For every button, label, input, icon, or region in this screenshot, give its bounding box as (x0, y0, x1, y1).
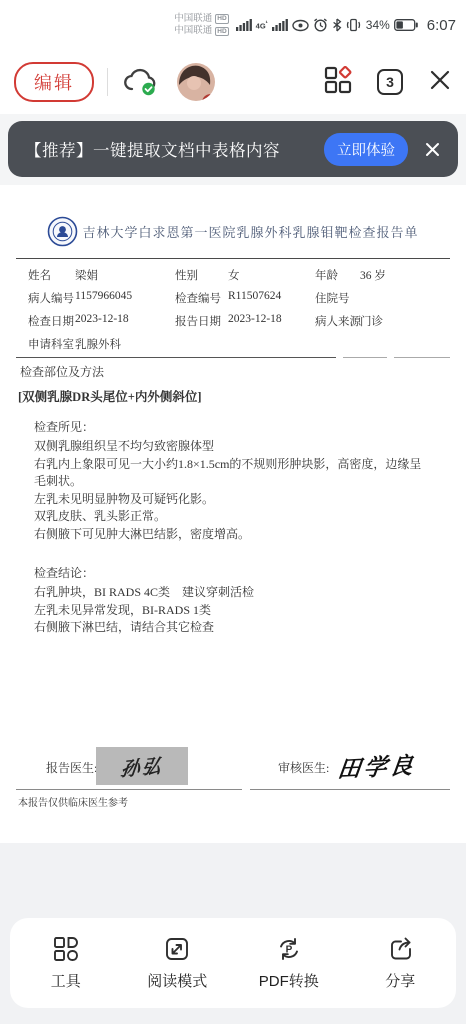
action-label: 阅读模式 (147, 970, 207, 991)
conclusion-line: 右侧腋下淋巴结，请结合其它检查 (34, 619, 432, 637)
review-doctor-label: 审核医生: (278, 759, 329, 776)
svg-text:P: P (285, 945, 292, 956)
avatar[interactable] (177, 63, 215, 101)
battery-percent: 34% (366, 18, 390, 32)
findings-label: 检查所见： (16, 418, 450, 435)
battery-icon (394, 19, 418, 31)
hd-badge-icon: HD (215, 14, 228, 24)
carrier-name-1: 中国联通 (174, 13, 212, 26)
app-grid-button[interactable] (324, 66, 352, 99)
tools-button[interactable]: 工具 (10, 935, 122, 991)
top-toolbar: 编辑 3 (0, 50, 466, 114)
exam-method: [双侧乳腺DR头尾位+内外侧斜位] (16, 387, 450, 405)
conclusion-line: 左乳未见异常发现，BI-RADS 1类 (34, 602, 432, 620)
section-method-label: 检查部位及方法 (16, 363, 450, 380)
divider (16, 789, 242, 790)
alarm-icon (313, 18, 328, 32)
report-doctor-signature: 孙弘 (96, 747, 188, 785)
tab-counter-button[interactable]: 3 (377, 69, 403, 95)
close-icon (424, 141, 441, 158)
pdf-convert-button[interactable]: P PDF转换 (233, 935, 345, 991)
exam-date: 2023-12-18 (75, 313, 129, 325)
report-document[interactable]: 吉林大学白求恩第一医院乳腺外科乳腺钼靶检查报告单 姓名 梁娟 性别 女 年龄 3… (0, 185, 466, 843)
info-label: 性别 (175, 267, 198, 283)
signal-bars-icon (236, 18, 252, 32)
divider (250, 789, 450, 790)
divider (16, 357, 450, 358)
promo-banner-zone: 【推荐】一键提取文档中表格内容 立即体验 (0, 114, 466, 185)
reading-mode-button[interactable]: 阅读模式 (122, 935, 234, 991)
close-document-button[interactable] (428, 68, 452, 97)
patient-name: 梁娟 (75, 267, 98, 283)
info-label: 申请科室 (28, 336, 74, 352)
info-label: 年龄 (315, 267, 338, 283)
carrier-name-2: 中国联通 (174, 25, 212, 38)
report-title: 吉林大学白求恩第一医院乳腺外科乳腺钼靶检查报告单 (82, 222, 418, 241)
promo-banner: 【推荐】一键提取文档中表格内容 立即体验 (8, 121, 458, 177)
patient-source: 门诊 (360, 313, 383, 329)
patient-sex: 女 (228, 267, 240, 283)
carrier-labels: 中国联通HD 中国联通HD (174, 13, 228, 38)
review-doctor-signature: 田学良 (336, 747, 418, 784)
report-footnote: 本报告仅供临床医生参考 (18, 794, 128, 809)
banner-close-button[interactable] (424, 141, 441, 158)
action-label: 分享 (385, 970, 415, 991)
conclusion-text: 右乳肿块，BI RADS 4C类 建议穿刺活检 左乳未见异常发现，BI-RADS… (34, 584, 432, 637)
info-label: 报告日期 (175, 313, 221, 329)
share-icon (386, 935, 414, 963)
hd-badge-icon: HD (215, 27, 228, 37)
conclusion-label: 检查结论： (16, 564, 450, 581)
close-icon (428, 68, 452, 92)
clock: 6:07 (427, 17, 456, 34)
info-label: 姓名 (28, 267, 51, 283)
app-screen: 中国联通HD 中国联通HD 4G¹ 34% 6:07 编辑 3 (0, 0, 466, 1024)
request-department: 乳腺外科 (75, 336, 121, 352)
tab-count: 3 (386, 74, 394, 90)
try-now-button[interactable]: 立即体验 (324, 133, 408, 166)
info-label: 住院号 (315, 290, 350, 306)
promo-message: 【推荐】一键提取文档中表格内容 (25, 137, 324, 161)
finding-line: 双侧乳腺组织呈不均匀致密腺体型 (34, 438, 432, 456)
signature-row: 报告医生: 孙弘 审核医生: 田学良 (16, 745, 450, 787)
app-grid-icon (324, 66, 352, 94)
exam-number: R11507624 (228, 290, 281, 302)
finding-line: 左乳未见明显肿物及可疑钙化影。 (34, 491, 432, 509)
toolbar-divider (107, 68, 108, 96)
network-4g-icon: 4G¹ (256, 20, 268, 30)
vibrate-icon (346, 18, 361, 32)
signal-bars-icon (272, 18, 288, 32)
patient-info-table: 姓名 梁娟 性别 女 年龄 36 岁 病人编号 1157966045 检查编号 … (16, 259, 450, 353)
bluetooth-icon (332, 18, 342, 32)
report-header: 吉林大学白求恩第一医院乳腺外科乳腺钼靶检查报告单 (0, 216, 466, 247)
bottom-action-bar: 工具 阅读模式 P PDF转换 分享 (10, 918, 456, 1008)
conclusion-line: 右乳肿块，BI RADS 4C类 建议穿刺活检 (34, 584, 432, 602)
status-bar: 中国联通HD 中国联通HD 4G¹ 34% 6:07 (0, 0, 466, 50)
edit-button[interactable]: 编辑 (14, 62, 94, 102)
cloud-icon (123, 66, 159, 96)
pdf-convert-icon: P (275, 935, 303, 963)
patient-number: 1157966045 (75, 290, 132, 302)
share-button[interactable]: 分享 (345, 935, 457, 991)
hospital-logo-icon (47, 216, 78, 247)
info-label: 检查日期 (28, 313, 74, 329)
info-label: 检查编号 (175, 290, 221, 306)
info-label: 病人编号 (28, 290, 74, 306)
action-label: PDF转换 (259, 970, 319, 991)
finding-line: 双乳皮肤、乳头影正常。 (34, 508, 432, 526)
reading-mode-icon (163, 935, 191, 963)
eye-protection-icon (292, 19, 309, 32)
patient-age: 36 岁 (360, 267, 386, 283)
report-date: 2023-12-18 (228, 313, 282, 325)
info-label: 病人来源 (315, 313, 361, 329)
findings-text: 双侧乳腺组织呈不均匀致密腺体型 右乳内上象限可见一大小约1.8×1.5cm的不规… (34, 438, 432, 543)
tools-grid-icon (52, 935, 80, 963)
cloud-sync-button[interactable] (123, 66, 161, 98)
report-doctor-label: 报告医生: (46, 759, 97, 776)
finding-line: 右侧腋下可见肿大淋巴结影，密度增高。 (34, 526, 432, 544)
action-label: 工具 (51, 970, 81, 991)
finding-line: 右乳内上象限可见一大小约1.8×1.5cm的不规则形肿块影，高密度，边缘呈毛刺状… (34, 456, 432, 491)
